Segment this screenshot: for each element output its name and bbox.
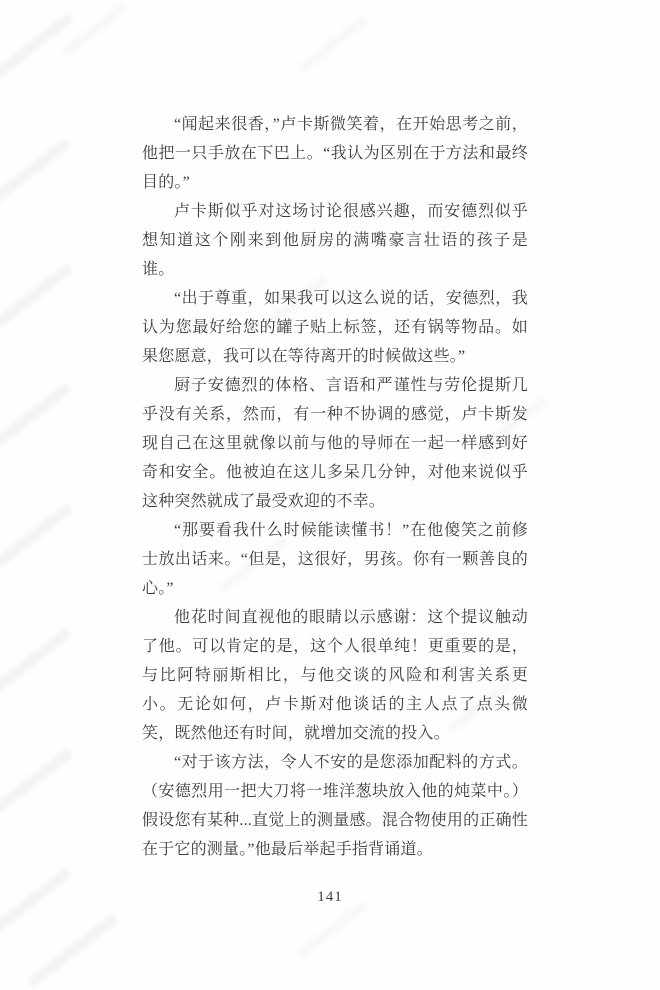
watermark <box>0 627 72 694</box>
watermark <box>0 262 74 329</box>
paragraph: 卢卡斯似乎对这场讨论很感兴趣，而安德烈似乎想知道这个刚来到他厨房的满嘴豪言壮语的… <box>142 197 528 284</box>
watermark <box>61 1 130 57</box>
watermark <box>26 912 119 988</box>
watermark <box>0 502 74 569</box>
paragraph: “出于尊重，如果我可以这么说的话，安德烈，我认为您最好给您的罐子贴上标签，还有锅… <box>142 284 528 371</box>
watermark <box>0 382 72 449</box>
page-number: 141 <box>0 889 660 906</box>
page-text: “闻起来很香，”卢卡斯微笑着，在开始思考之前，他把一只手放在下巴上。“我认为区别… <box>142 110 528 864</box>
paragraph: 厨子安德烈的体格、言语和严谨性与劳伦提斯几乎没有关系，然而，有一种不协调的感觉，… <box>142 371 528 516</box>
watermark <box>0 747 74 814</box>
paragraph: 他花时间直视他的眼睛以示感谢：这个提议触动了他。可以肯定的是，这个人很单纯！更重… <box>142 603 528 748</box>
watermark <box>0 137 72 204</box>
paragraph: “那要看我什么时候能读懂书！”在他傻笑之前修士放出话来。“但是，这很好，男孩。你… <box>142 516 528 603</box>
paragraph: “闻起来很香，”卢卡斯微笑着，在开始思考之前，他把一只手放在下巴上。“我认为区别… <box>142 110 528 197</box>
watermark <box>0 12 74 79</box>
book-page: “闻起来很香，”卢卡斯微笑着，在开始思考之前，他把一只手放在下巴上。“我认为区别… <box>0 0 660 990</box>
watermark <box>296 15 369 74</box>
watermark <box>296 900 369 959</box>
paragraph: “对于该方法，令人不安的是您添加配料的方式。（安德烈用一把大刀将一堆洋葱块放入他… <box>142 748 528 864</box>
